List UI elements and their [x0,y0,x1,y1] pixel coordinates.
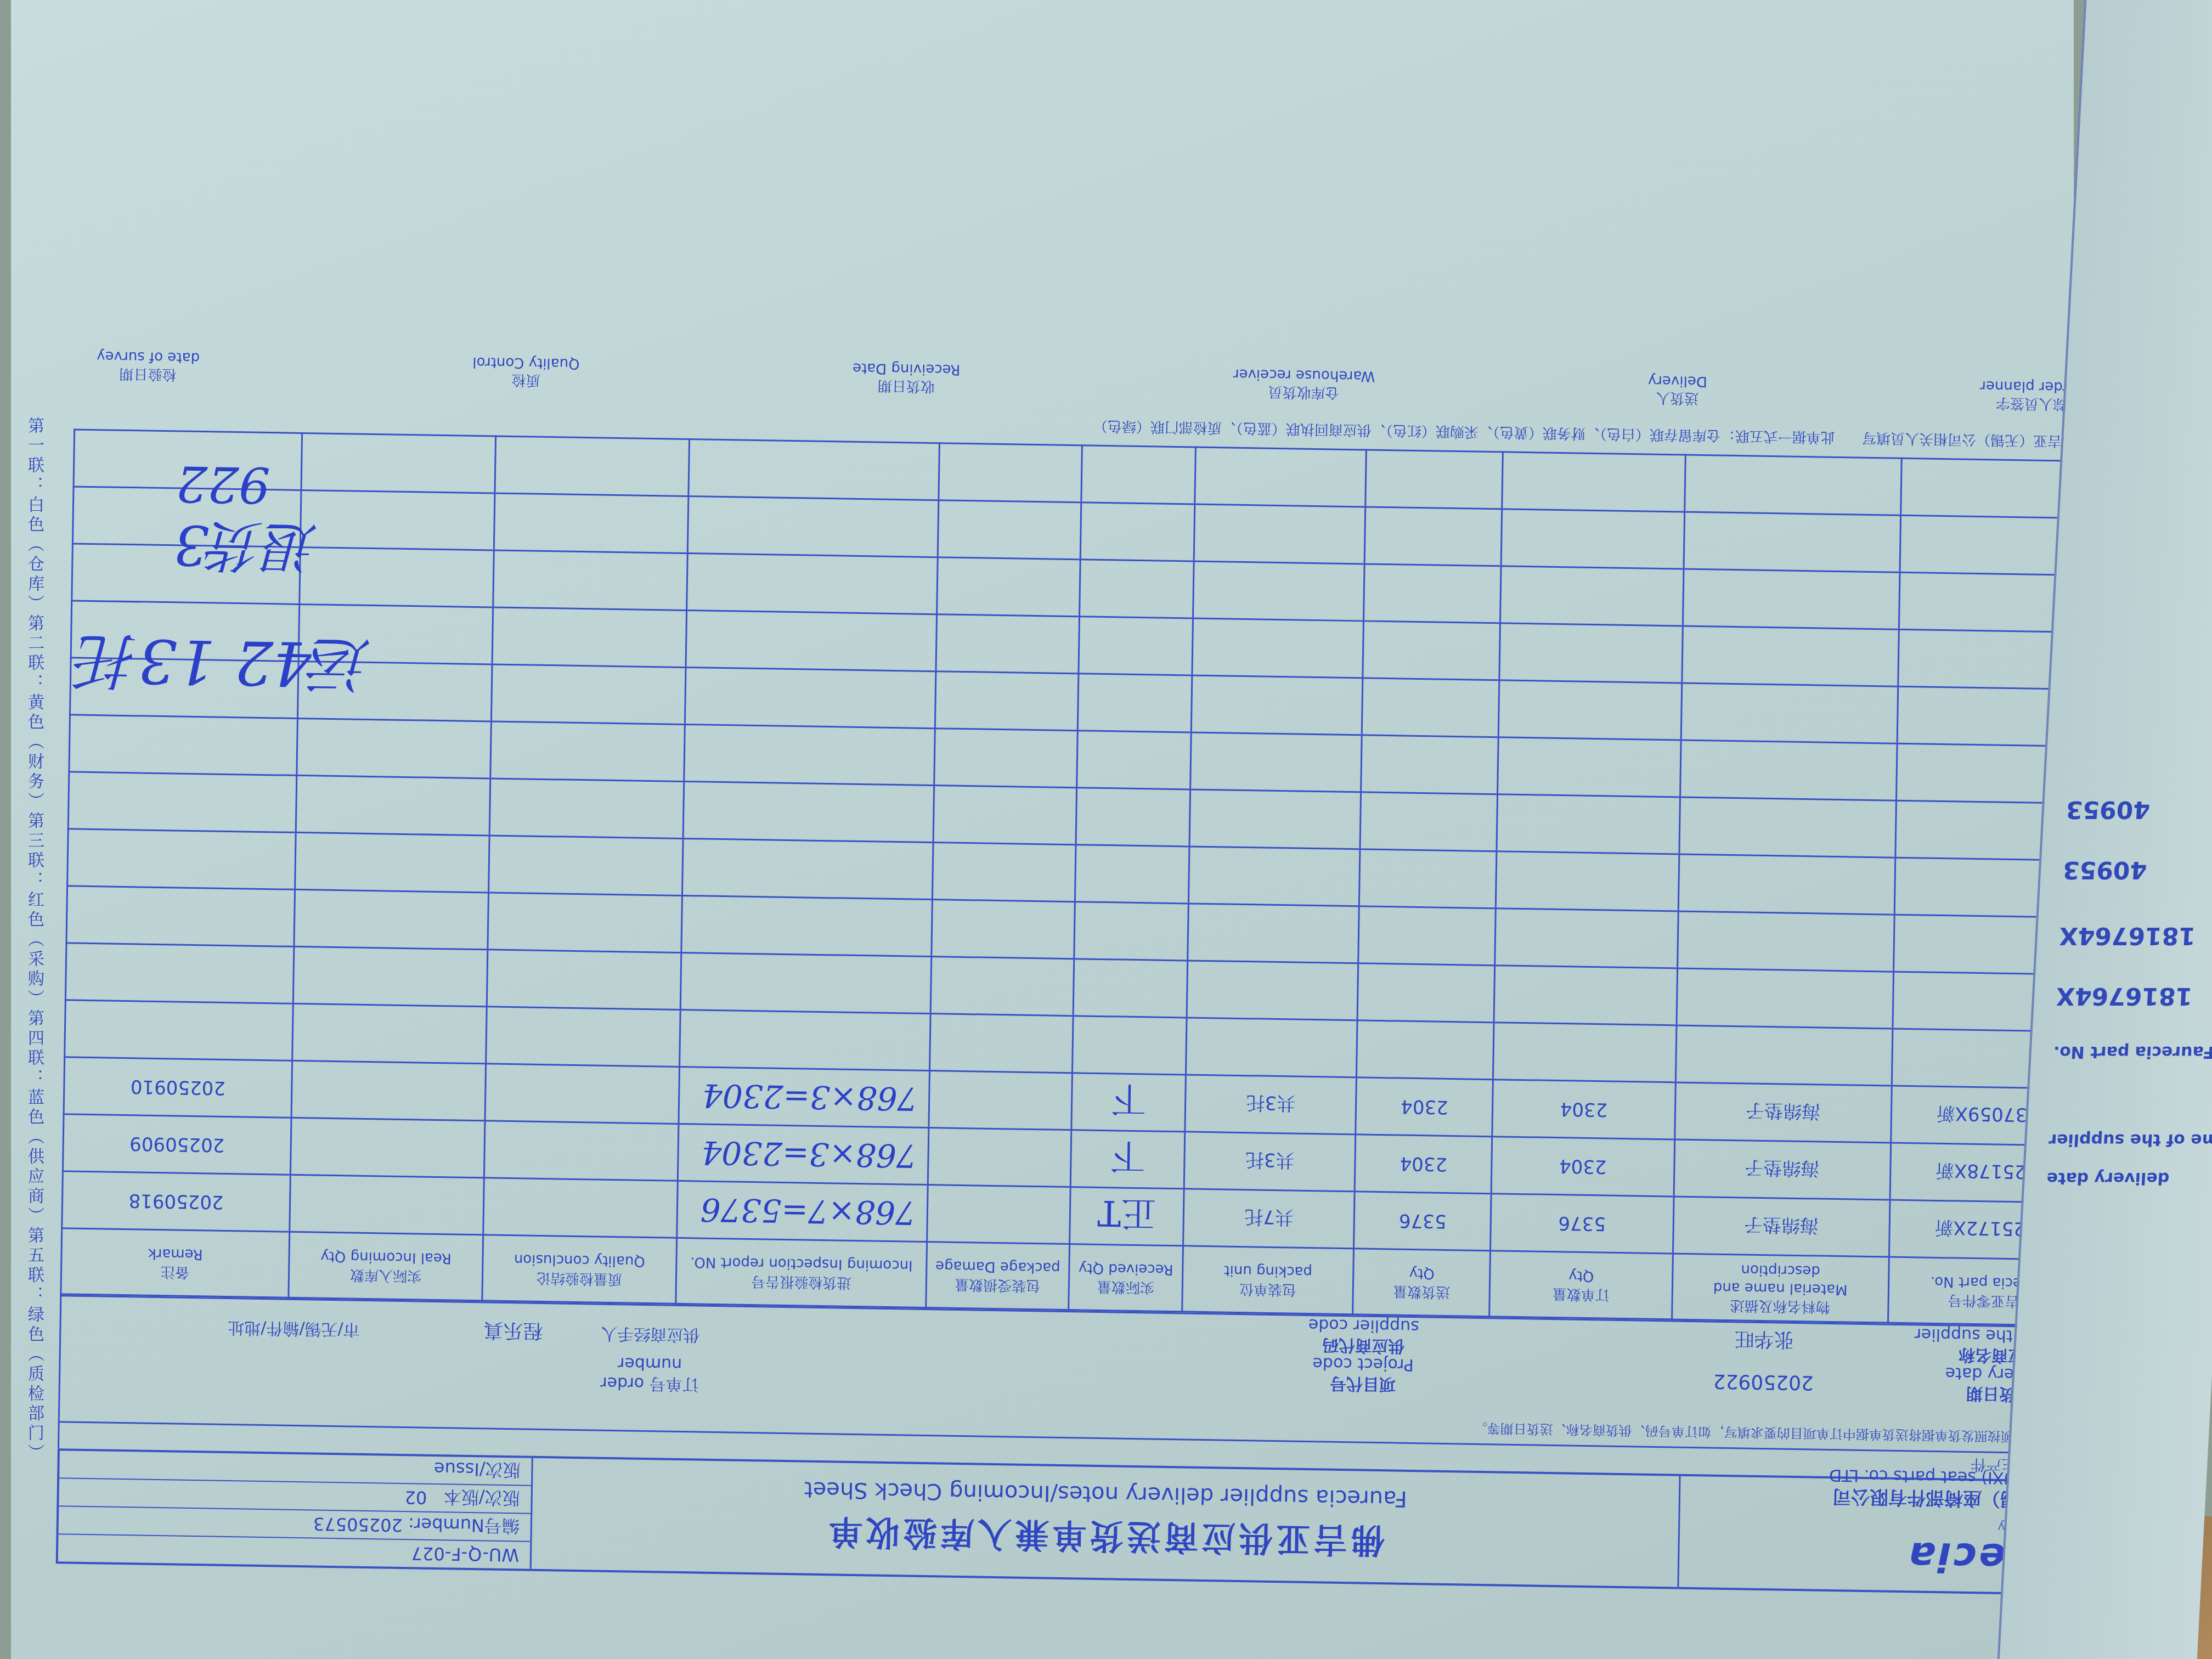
quality-conclusion [484,1121,678,1181]
packing-unit: 共7托 [1183,1189,1355,1249]
header-order-qty: 订单数量Qty [1489,1251,1673,1319]
supplier-code-label-en: supplier code [1282,1314,1447,1336]
version-label: 版次/版本 [444,1486,521,1512]
package-damage [929,1071,1072,1130]
title-block: Faurecia Inspiring mobility 佛吉亚（无锡）座椅部件有… [56,1448,2131,1596]
remark-date: 20250918 [62,1171,291,1232]
items-table: 序号No. 佛吉亚零件号Faurecia part No. 物料名称及描述Mat… [60,428,2147,1327]
signature-quality: 质检Quality Control [472,354,580,392]
second-sheet-cell: 40953 [2062,856,2148,884]
signature-delivery: 送货人Delivery [1647,372,1707,410]
signature-survey-date: 检验日期date of survey [97,348,200,386]
real-incoming-qty [290,1175,484,1235]
supplier-person-value: 程乐真 [458,1317,568,1347]
project-code-label: 项目代号 [1280,1372,1446,1399]
delivery-qty: 2304 [1355,1135,1493,1194]
doc-number-label: 编号Number: [408,1513,520,1540]
handwritten-calculation: 768×3=2304 [678,1124,929,1184]
footer-copies-text: 此单据一式五联：仓库留存联（白色）、财务联（黄色）、采购联（红色）、供应商回执联… [1093,417,1835,445]
delivery-qty: 2304 [1356,1077,1493,1137]
header-material: 物料名称及描述Material name and description [1672,1254,1889,1323]
material-name: 海绵垫子 [1674,1139,1891,1200]
second-sheet-cell: 1816764X [2056,982,2193,1010]
packing-unit: 共3托 [1185,1075,1357,1135]
header-received-qty: 实际数量Received Qty [1068,1244,1183,1312]
header-package-damage: 包装受损数量package Damage [926,1242,1069,1310]
doc-code-value: WU-Q-F-027 [411,1543,519,1566]
doc-number-value: 20250573 [313,1514,403,1536]
handwritten-date-note: 922 [176,454,270,513]
packing-unit: 共3托 [1184,1132,1356,1192]
package-damage [928,1128,1071,1187]
signature-receiving-date: 收货日期Receiving Date [852,360,960,398]
received-tally: 正T [1069,1187,1184,1246]
form-meta: WU-Q-F-027 编号Number: 20250573 版次/版本 02 版… [58,1451,532,1568]
handwritten-calculation: 768×3=2304 [679,1066,930,1127]
delivery-date-value: 20250922 [1681,1369,1846,1395]
received-tally: 下 [1071,1073,1186,1132]
form-title-en: Faurecia supplier delivery notes/Incomin… [804,1477,1408,1511]
order-qty: 5376 [1491,1194,1674,1254]
issue-label: 版次/Issue [434,1457,521,1483]
header-packing-unit: 包装单位packing unit [1182,1246,1354,1314]
header-quality-conclusion: 质量检验结论Quality conclusion [482,1235,677,1304]
header-remark: 备注Remark [61,1228,290,1298]
version-value: 02 [404,1487,427,1509]
form-title: 佛吉亚供应商送货单兼入库验收单 Faurecia supplier delive… [530,1458,1679,1587]
real-incoming-qty [291,1118,485,1178]
order-qty: 2304 [1492,1137,1675,1197]
second-sheet-cell: delivery date [2046,1169,2170,1188]
supplier-person-label: 供应商经手人 [595,1323,706,1349]
order-number-label: 订单号 order number [595,1353,705,1398]
delivery-qty: 5376 [1354,1192,1492,1251]
quality-conclusion [483,1178,678,1238]
signature-warehouse: 仓库收货员Warehouse receiver [1233,366,1375,405]
delivery-check-sheet-form: Faurecia Inspiring mobility 佛吉亚（无锡）座椅部件有… [56,269,2150,1596]
real-incoming-qty [291,1060,486,1121]
header-delivery-qty: 送货数量Qty [1353,1249,1491,1317]
remark-date: 20250910 [64,1057,292,1118]
handwritten-calculation: 768×7=5376 [676,1181,928,1242]
remark-date: 20250909 [63,1114,291,1175]
second-sheet-cell: 40953 [2066,795,2151,823]
order-qty: 2304 [1492,1080,1675,1139]
paper-sheet: Faurecia Inspiring mobility 佛吉亚（无锡）座椅部件有… [11,0,2074,1659]
handwritten-total-note: 运42 13托 [77,622,372,713]
handwritten-return-note: 退货3 [173,510,319,591]
material-name: 海绵垫子 [1674,1082,1892,1143]
supplier-code-field: 供应商代码 supplier code [1281,1314,1446,1361]
package-damage [927,1185,1070,1244]
address-label: 市/无锡/输件/地址 [184,1317,404,1344]
side-copy-text: 第一联：白色（仓库）第二联：黄色（财务）第三联：红色（采购）第四联：蓝色（供应商… [22,417,46,1464]
supplier-code-label: 供应商代码 [1281,1334,1446,1361]
second-sheet-cell: name of the supplier [2048,1130,2212,1149]
quality-conclusion [485,1064,679,1124]
second-sheet-cell: Faurecia part No. [2053,1042,2212,1062]
second-sheet-cell: 1816764X [2059,922,2197,950]
material-name: 海绵垫子 [1673,1197,1890,1257]
received-tally: 下 [1070,1130,1185,1189]
supplier-name-value: 张华旺 [1681,1325,1847,1356]
header-inspection-report: 进货检验报告号Incoming Inspection report NO. [675,1238,927,1307]
header-real-incoming-qty: 实际入库数Real Incoming Qty [289,1232,483,1301]
form-title-cn: 佛吉亚供应商送货单兼入库验收单 [825,1510,1385,1568]
